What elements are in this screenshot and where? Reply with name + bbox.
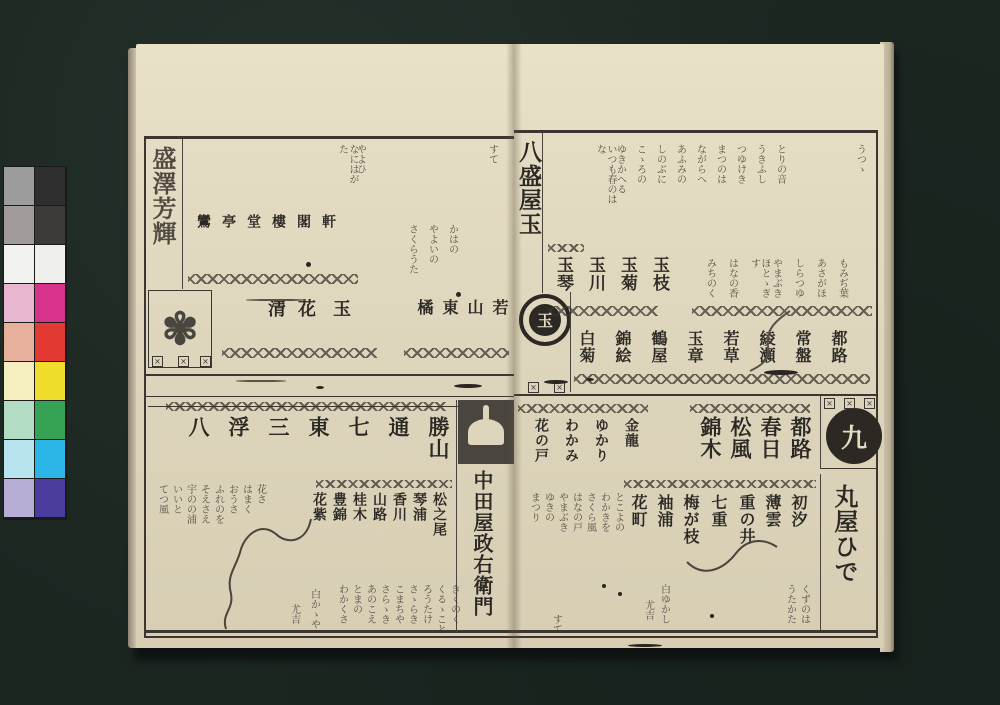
- x-mark-icon: ×: [864, 398, 875, 409]
- color-swatch: [4, 362, 34, 400]
- small-notes: みちのく: [704, 258, 715, 306]
- poem-line: わかくさ: [336, 584, 347, 624]
- poem-line: さらゝき: [378, 584, 389, 624]
- upper-entry: 玉枝: [650, 256, 667, 292]
- color-checker-strip: [3, 166, 67, 520]
- poem-line: さゝらき: [406, 584, 417, 624]
- headline-entry: 浮: [228, 416, 249, 438]
- worm-hole: [710, 614, 714, 618]
- poem-block: いつも春のはな: [594, 144, 615, 204]
- zigzag-ornament: [548, 306, 658, 316]
- color-swatch: [35, 323, 65, 361]
- kyu-crest-icon: 九: [826, 408, 882, 464]
- left-poem: いいと: [170, 484, 181, 544]
- headline-entry: 三: [268, 416, 289, 438]
- upper-left-entry: ゆかり: [594, 418, 608, 463]
- poem-block: まつのは: [714, 144, 725, 204]
- x-mark-icon: ×: [528, 382, 539, 393]
- poem-block: とりの音: [774, 144, 785, 204]
- small-notes: ゆきの: [542, 492, 553, 552]
- small-notes: やよいの: [426, 224, 437, 284]
- left-poem: そえさえ: [198, 484, 209, 544]
- middle-row-entry: 初汐: [790, 494, 806, 528]
- left-side-title: 盛澤芳輝: [150, 146, 174, 246]
- divider: [542, 133, 543, 293]
- headline-entry: 都路: [790, 416, 811, 460]
- color-swatch: [35, 479, 65, 517]
- color-swatch: [35, 284, 65, 322]
- marginal-note: やよひ: [354, 144, 365, 184]
- headline-entry: 松風: [730, 416, 751, 460]
- small-notes: やまぶき: [556, 492, 567, 552]
- worm-hole: [628, 644, 662, 647]
- worm-hole: [306, 262, 311, 267]
- book-gutter: [506, 44, 522, 648]
- lower-entry: 清: [266, 299, 284, 318]
- marginal-note: すて: [486, 144, 497, 184]
- lower-row-entry: 玉章: [686, 330, 702, 364]
- worm-damage-trail: [740, 306, 800, 376]
- zigzag-ornament: [548, 244, 584, 252]
- x-mark-icon: ×: [200, 356, 211, 367]
- lower-entry: 山: [466, 299, 482, 316]
- color-swatch: [35, 362, 65, 400]
- lower-entry: 豊錦: [332, 492, 346, 522]
- upper-entry: 鸞: [196, 214, 210, 229]
- mid-rule-2: [144, 396, 514, 397]
- upper-entry: 軒: [321, 214, 335, 229]
- lower-entry: 橘: [416, 299, 432, 316]
- upper-entry: 玉菊: [618, 256, 635, 292]
- color-swatch: [35, 245, 65, 283]
- small-notes: さくら風: [584, 492, 595, 552]
- poem-block: つゆけき: [734, 144, 745, 204]
- small-notes: はなの戸: [570, 492, 581, 552]
- right-page: 八盛屋玉 玉 いつも春のはな ゆきかへる こゝろの しのぶに あふみの ながらへ…: [514, 44, 884, 648]
- color-swatch: [4, 401, 34, 439]
- lower-entry: 香川: [392, 492, 406, 522]
- divider: [820, 474, 821, 630]
- lower-entry: 琴浦: [412, 492, 426, 522]
- headline-entry: 通: [388, 416, 409, 438]
- small-notes: やまぶき: [770, 258, 781, 306]
- worm-hole: [544, 380, 568, 384]
- zigzag-ornament: [222, 348, 377, 358]
- lower-row-entry: 都路: [830, 330, 846, 364]
- worm-hole: [456, 292, 461, 297]
- poem-block: こゝろの: [634, 144, 645, 204]
- worm-hole: [454, 384, 482, 388]
- headline-entry: 七: [348, 416, 369, 438]
- small-notes: かはの: [446, 224, 457, 284]
- worm-hole: [586, 378, 594, 381]
- color-swatch: [4, 479, 34, 517]
- worm-hole: [602, 584, 606, 588]
- small-notes: わかきを: [598, 492, 609, 552]
- zigzag-ornament: [188, 274, 358, 284]
- poem-line: ろうたけ: [420, 584, 431, 624]
- lower-row-entry: 白菊: [578, 330, 594, 364]
- lower-entry: 若: [491, 299, 507, 316]
- upper-entry: 樓: [271, 214, 285, 229]
- lower-entry: 桂木: [352, 492, 366, 522]
- upper-entry: 閣: [296, 214, 310, 229]
- signature: 尤吉: [642, 600, 653, 640]
- mid-rule: [514, 394, 878, 396]
- marginal-note: すて: [550, 614, 561, 644]
- lower-entry: 花: [296, 299, 314, 318]
- x-mark-icon: ×: [178, 356, 189, 367]
- top-rule: [144, 136, 514, 139]
- poem-block: ながらへ: [694, 144, 705, 204]
- poem-line: きくのく: [448, 584, 459, 624]
- middle-row-entry: 花町: [630, 494, 646, 528]
- poem-line: くるゝこと: [434, 584, 445, 634]
- signature: 白ゆかし: [658, 584, 669, 634]
- x-mark-icon: ×: [824, 398, 835, 409]
- upper-entry: 玉琴: [554, 256, 571, 292]
- color-swatch: [35, 206, 65, 244]
- small-notes: しらつゆ: [792, 258, 803, 306]
- left-page: 盛澤芳輝 ✾ × × × 鸞 亭 堂 樓 閣 軒 さくらうた やよいの かはの …: [136, 44, 514, 648]
- plant-illustration-icon: ✾: [150, 294, 210, 364]
- bottom-rule: [144, 630, 514, 633]
- left-poem: 宇のの浦: [184, 484, 195, 544]
- zigzag-ornament: [166, 402, 446, 411]
- upper-entry: 玉川: [586, 256, 603, 292]
- shop-name: 丸屋ひで: [832, 484, 856, 584]
- color-swatch: [4, 440, 34, 478]
- divider: [820, 468, 878, 469]
- bottom-rule: [514, 630, 878, 633]
- color-swatch: [35, 167, 65, 205]
- color-swatch: [4, 284, 34, 322]
- headline-entry: 八: [188, 416, 209, 438]
- small-notes: まつり: [528, 492, 539, 552]
- divider: [182, 139, 183, 289]
- color-swatch: [4, 245, 34, 283]
- poem-block: ゆきかへる: [614, 144, 625, 204]
- small-notes: うたかた: [784, 584, 795, 634]
- upper-entry: 亭: [221, 214, 235, 229]
- upper-entry: 堂: [246, 214, 260, 229]
- divider: [820, 396, 821, 468]
- lower-row-entry: 錦絵: [614, 330, 630, 364]
- worm-damage-trail: [682, 522, 782, 582]
- lower-entry: 玉: [331, 299, 349, 318]
- headline-entry: 勝山: [428, 416, 449, 460]
- x-mark-icon: ×: [844, 398, 855, 409]
- paper-tear: [236, 380, 286, 382]
- poem-line: あのこえ: [364, 584, 375, 624]
- paper-tear: [246, 299, 306, 301]
- x-mark-icon: ×: [152, 356, 163, 367]
- headline-entry: 錦木: [700, 416, 721, 460]
- left-poem: てつ風: [156, 484, 167, 544]
- poem-block: しのぶに: [654, 144, 665, 204]
- color-swatch: [35, 440, 65, 478]
- zigzag-ornament: [624, 480, 816, 488]
- worm-hole: [316, 386, 324, 389]
- color-swatch: [4, 323, 34, 361]
- shop-name: 中田屋政右衛門: [472, 470, 492, 617]
- small-notes: もみぢ葉: [836, 258, 847, 306]
- small-notes: はなの香: [726, 258, 737, 306]
- mid-rule: [144, 374, 514, 376]
- top-rule: [514, 130, 878, 133]
- lower-entry: 東: [441, 299, 457, 316]
- lower-entry: 松之尾: [432, 492, 446, 537]
- small-notes: ほとゝぎす: [748, 258, 769, 306]
- zigzag-ornament: [518, 404, 648, 413]
- upper-left-entry: 花の戸: [534, 418, 548, 463]
- open-book: 盛澤芳輝 ✾ × × × 鸞 亭 堂 樓 閣 軒 さくらうた やよいの かはの …: [128, 42, 894, 654]
- poem-line: こまちや: [392, 584, 403, 624]
- zigzag-ornament: [316, 480, 452, 488]
- tama-crest-icon: 玉: [519, 294, 571, 346]
- color-swatch: [35, 401, 65, 439]
- middle-row-entry: 袖浦: [656, 494, 672, 528]
- upper-left-entry: わかみ: [564, 418, 578, 463]
- marginal-note: うつゝ: [854, 144, 865, 184]
- color-swatch: [4, 167, 34, 205]
- zigzag-ornament: [404, 348, 509, 358]
- small-notes: あさがほ: [814, 258, 825, 306]
- upper-left-entry: 金龍: [624, 418, 638, 448]
- headline-entry: 春日: [760, 416, 781, 460]
- color-swatch: [4, 206, 34, 244]
- small-notes: くずのは: [798, 584, 809, 634]
- lower-row-entry: 若草: [722, 330, 738, 364]
- small-notes: さくらうた: [406, 224, 417, 284]
- headline-entry: 東: [308, 416, 329, 438]
- lower-row-entry: 鶴屋: [650, 330, 666, 364]
- worm-damage-trail: [216, 514, 316, 634]
- poem-block: あふみの: [674, 144, 685, 204]
- worm-hole: [618, 592, 622, 596]
- zigzag-ornament: [574, 374, 870, 384]
- small-notes: とこよの: [612, 492, 623, 552]
- zigzag-ornament: [690, 404, 810, 413]
- poem-block: うきふし: [754, 144, 765, 204]
- poem-line: とまの: [350, 584, 361, 614]
- lower-entry: 山路: [372, 492, 386, 522]
